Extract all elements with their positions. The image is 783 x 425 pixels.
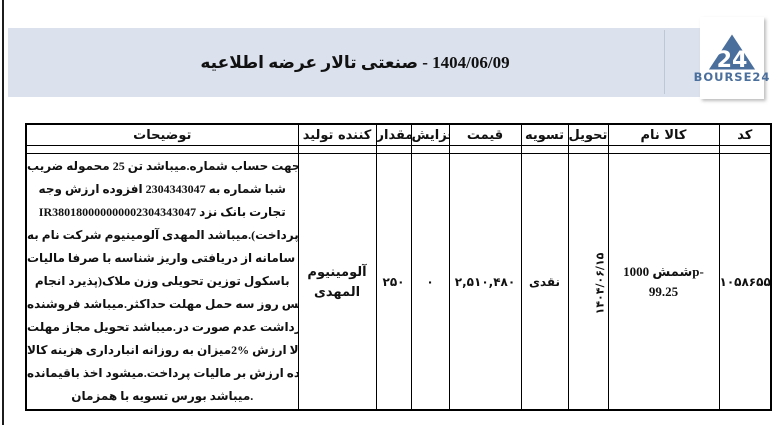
col-header-description: توضیحات xyxy=(26,124,298,146)
cell-producer: آلومینیوم المهدی xyxy=(298,154,376,411)
delivery-date-vertical: ۱۴۰۴/۰۶/۱۵ xyxy=(593,253,606,315)
table-row: ضریب‎ محموله‎ 25 تن‎ میباشد‎.‎شماره‎ حسا… xyxy=(26,154,771,411)
cell-settlement: نقدی xyxy=(521,154,568,411)
cell-description: ضریب‎ محموله‎ 25 تن‎ میباشد‎.‎شماره‎ حسا… xyxy=(26,154,298,411)
left-edge-divider xyxy=(2,0,4,425)
cell-increase: ۰ xyxy=(411,154,449,411)
cell-quantity: ۲۵۰ xyxy=(376,154,411,411)
description-line: مالیات‎ صرفا‎ با‎ شناسه‎ واریز‎ دریافتی‎… xyxy=(27,247,298,270)
col-header-delivery: تحویل xyxy=(568,124,608,146)
offering-table: توضیحات تولید‎ کننده مقدار افزایش قیمت ت… xyxy=(25,123,772,411)
description-line: کالا‎ هزینه‎ انبارداری‎ روزانه‎ به‎ میزا… xyxy=(27,339,298,362)
title-band: اطلاعیه‎ عرضه‎ تالار‎ صنعتی‎ - 1404/06/0… xyxy=(8,28,702,97)
col-header-increase: افزایش xyxy=(411,124,449,146)
logo-mark-24: 24 xyxy=(717,47,748,71)
header-row: توضیحات تولید‎ کننده مقدار افزایش قیمت ت… xyxy=(26,124,771,146)
col-header-code: کد xyxy=(719,124,771,146)
description-line: انجام‎ پذیرد‎)‎ملاک‎ وزن‎ تحویلی‎ توزین‎… xyxy=(27,270,298,293)
cell-delivery: ۱۴۰۴/۰۶/۱۵ xyxy=(568,154,608,411)
description-line: فروشنده‎ میباشد‎.‎حداکثر‎ مهلت‎ حمل‎ سه‎… xyxy=(27,293,298,316)
description-line: وجه‎ ارزش‎ افزوده‎ 2304343047 به‎ شماره‎… xyxy=(27,178,298,201)
band-seam-line xyxy=(664,30,665,94)
col-header-quantity: مقدار xyxy=(376,124,411,146)
description-line: همزمان‎ با‎ تسویه‎ بورس‎ میباشد. xyxy=(27,385,298,408)
cell-product-name: 1000 شمشp- 99.25 xyxy=(608,154,719,411)
logo-wordmark: BOURSE24 xyxy=(694,72,771,84)
col-header-product-name: نام‎ کالا xyxy=(608,124,719,146)
spacer-row xyxy=(26,146,771,154)
col-header-settlement: تسویه xyxy=(521,124,568,146)
description-line: مهلت‎ مجاز‎ تحویل‎ میباشد‎.‎در‎ صورت‎ عد… xyxy=(27,316,298,339)
cell-price: ۲,۵۱۰,۴۸۰ xyxy=(449,154,521,411)
producer-name-line: المهدی xyxy=(299,282,376,302)
description-line: باقیمانده‎ اخذ‎ میشود‎.‎پرداخت‎ مالیات‎ … xyxy=(27,362,298,385)
product-name-line: 99.25 xyxy=(609,282,719,302)
col-header-price: قیمت xyxy=(449,124,521,146)
page-title: اطلاعیه‎ عرضه‎ تالار‎ صنعتی‎ - 1404/06/0… xyxy=(200,53,509,73)
producer-name-line: آلومینیوم xyxy=(299,262,376,282)
bourse24-triangle-icon: 24 xyxy=(708,33,756,71)
product-name-line: 1000 شمشp- xyxy=(609,262,719,282)
bourse24-logo: 24 BOURSE24 xyxy=(700,17,764,99)
description-line: به‎ نام‎ شرکت‎ آلومینیوم‎ المهدی‎ میباشد… xyxy=(27,224,298,247)
description-line: ضریب‎ محموله‎ 25 تن‎ میباشد‎.‎شماره‎ حسا… xyxy=(27,155,298,178)
description-line: IR380180000000002304343047 نزد‎ بانک‎ تج… xyxy=(27,201,298,224)
col-header-producer: تولید‎ کننده xyxy=(298,124,376,146)
cell-code: ۱۰۵۸۶۵۵ xyxy=(719,154,771,411)
announcement-page: اطلاعیه‎ عرضه‎ تالار‎ صنعتی‎ - 1404/06/0… xyxy=(0,0,783,425)
